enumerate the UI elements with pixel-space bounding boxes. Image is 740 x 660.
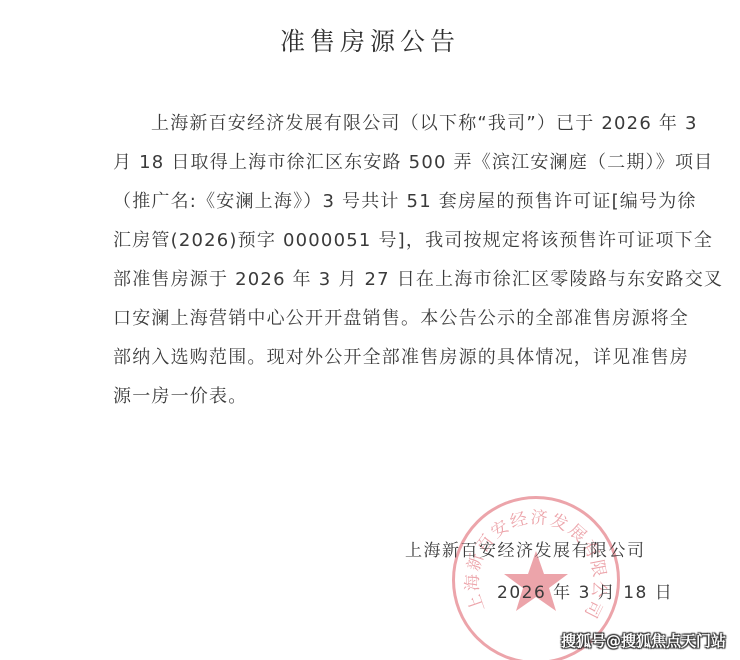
body-line: 部准售房源于 2026 年 3 月 27 日在上海市徐汇区零陵路与东安路交叉 bbox=[113, 260, 638, 299]
document-title: 准售房源公告 bbox=[0, 22, 740, 58]
body-line: 部纳入选购范围。现对外公开全部准售房源的具体情况，详见准售房 bbox=[113, 338, 638, 377]
body-line: 月 18 日取得上海市徐汇区东安路 500 弄《滨江安澜庭（二期）》项目 bbox=[113, 143, 638, 182]
signature-company: 上海新百安经济发展有限公司 bbox=[405, 536, 646, 561]
body-line: 口安澜上海营销中心公开开盘销售。本公告公示的全部准售房源将全 bbox=[113, 299, 638, 338]
signature-date: 2026 年 3 月 18 日 bbox=[497, 578, 673, 603]
body-line: 源一房一价表。 bbox=[113, 377, 638, 416]
announcement-body: 上海新百安经济发展有限公司（以下称“我司”）已于 2026 年 3 月 18 日… bbox=[113, 104, 638, 416]
body-line: 汇房管(2026)预字 0000051 号]，我司按规定将该预售许可证项下全 bbox=[113, 221, 638, 260]
source-watermark: 搜狐号@搜狐焦点天门站 bbox=[561, 630, 726, 651]
body-line: （推广名:《安澜上海》）3 号共计 51 套房屋的预售许可证[编号为徐 bbox=[113, 182, 638, 221]
body-line: 上海新百安经济发展有限公司（以下称“我司”）已于 2026 年 3 bbox=[113, 104, 638, 143]
